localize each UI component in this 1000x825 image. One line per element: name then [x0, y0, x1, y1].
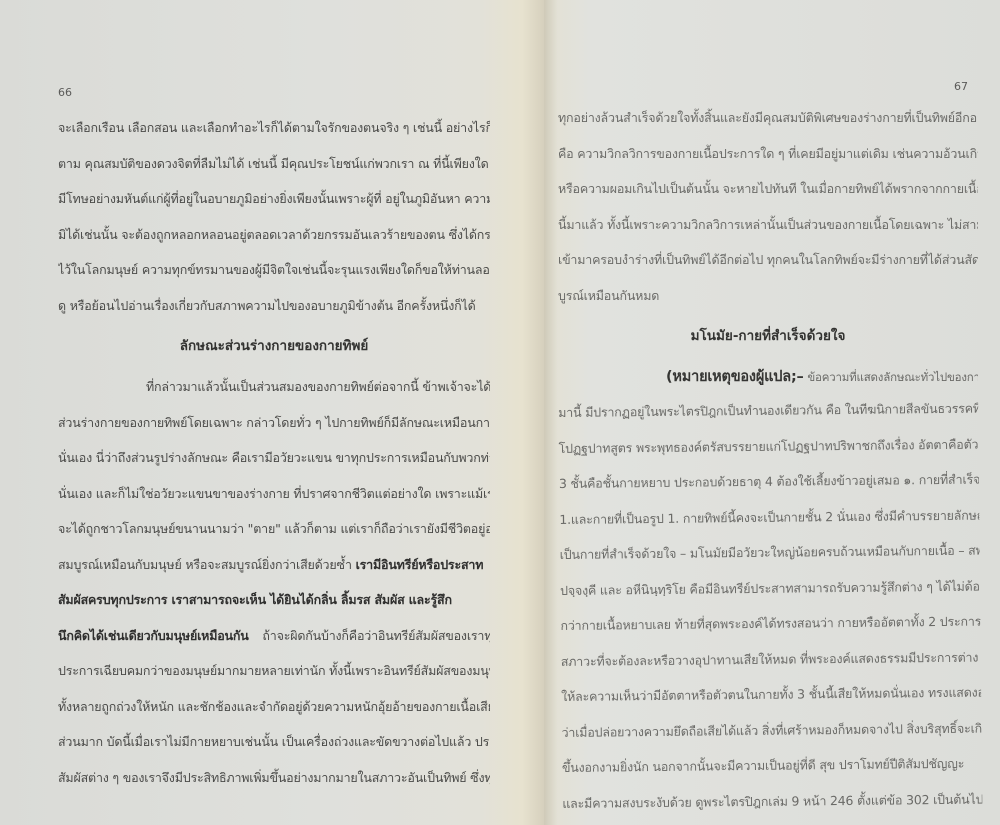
text-line: ส่วนร่างกายของกายทิพย์โดยเฉพาะ กล่าวโดยท… [58, 405, 490, 441]
text-line: หรือความผอมเกินไปเป็นต้นนั้น จะหายไปทันท… [558, 171, 978, 207]
bold-text-fragment: นึกคิดได้เช่นเดียวกับมนุษย์เหมือนกัน [58, 628, 249, 643]
text-line: นึกคิดได้เช่นเดียวกับมนุษย์เหมือนกัน ถ้า… [58, 618, 490, 654]
page-number-left: 66 [58, 86, 72, 99]
text-line: ตาม คุณสมบัติของดวงจิตที่ลืมไม่ได้ เช่นน… [58, 146, 490, 182]
text-line: ว่าเมื่อปล่อยวางความยึดถือเสียได้แล้ว สิ… [561, 710, 981, 750]
text-line: และมีความสงบระงับด้วย ดูพระไตรปิฎกเล่ม 9… [562, 781, 982, 821]
text-fragment: ถ้าจะผิดกันบ้างก็คือว่าอินทรีย์สัมผัสของ… [252, 628, 490, 643]
bold-text-line: สัมผัสครบทุกประการ เราสามารถจะเห็น ได้ยิ… [58, 582, 490, 618]
text-line: สภาวะที่จะต้องละหรือวางอุปาทานเสียให้หมด… [561, 639, 981, 679]
text-line: โปฏฐปาทสูตร พระพุทธองค์ตรัสบรรยายแก่โปฏฐ… [558, 426, 978, 466]
text-line: สมบูรณ์เหมือนกับมนุษย์ หรือจะสมบูรณ์ยิ่ง… [58, 547, 490, 583]
section-heading: มโนมัย-กายที่สำเร็จด้วยใจ [558, 313, 978, 359]
bold-text-fragment: เรามีอินทรีย์หรือประสาท [356, 557, 484, 572]
text-line: ให้ละความเห็นว่ามีอัตตาหรือตัวตนในกายทั้… [561, 674, 981, 714]
left-page-text: จะเลือกเรือน เลือกสอน และเลือกทำอะไรก็ได… [58, 110, 490, 795]
text-line: นั่นเอง และก็ไม่ใช่อวัยวะแขนขาของร่างกาย… [58, 476, 490, 512]
right-page-text: ทุกอย่างล้วนสำเร็จด้วยใจทั้งสิ้นและยังมี… [558, 100, 978, 821]
text-line: คือ ความวิกลวิการของกายเนื้อประการใด ๆ ท… [558, 136, 978, 172]
text-line: นั่นเอง นี่ว่าถึงส่วนรูปร่างลักษณะ คือเร… [58, 440, 490, 476]
text-line: ปจฺจงฺคี และ อหีนินฺทฺริโย คือมีอินทรีย์… [560, 568, 980, 608]
open-book-spread: 66 จะเลือกเรือน เลือกสอน และเลือกทำอะไรก… [0, 0, 1000, 825]
text-fragment: สมบูรณ์เหมือนกับมนุษย์ หรือจะสมบูรณ์ยิ่ง… [58, 557, 352, 572]
text-line: มานี้ มีปรากฏอยู่ในพระไตรปิฎกเป็นทำนองเด… [558, 390, 978, 430]
text-line: บูรณ์เหมือนกันหมด [558, 278, 978, 314]
right-page: 67 ทุกอย่างล้วนสำเร็จด้วยใจทั้งสิ้นและยั… [544, 0, 1000, 825]
text-line: มีโทษอย่างมหันต์แก่ผู้ที่อยู่ในอบายภูมิอ… [58, 181, 490, 217]
text-line: 3 ชั้นคือชั้นกายหยาบ ประกอบด้วยธาตุ 4 ต้… [559, 461, 979, 501]
text-line: 1.และกายที่เป็นอรูป 1. กายทิพย์นี้คงจะเป… [559, 497, 979, 537]
text-line: ขึ้นงอกงามยิ่งนัก นอกจากนั้นจะมีความเป็น… [562, 745, 982, 785]
text-line: ประการเฉียบคมกว่าของมนุษย์มากมายหลายเท่า… [58, 653, 490, 689]
text-line: ส่วนมาก บัดนี้เมื่อเราไม่มีกายหยาบเช่นนั… [58, 724, 490, 760]
text-line: ไว้ในโลกมนุษย์ ความทุกข์ทรมานของผู้มีจิต… [58, 252, 490, 288]
text-line: สัมผัสต่าง ๆ ของเราจึงมีประสิทธิภาพเพิ่ม… [58, 760, 490, 796]
text-line: จะเลือกเรือน เลือกสอน และเลือกทำอะไรก็ได… [58, 110, 490, 146]
text-line: ทั้งหลายถูกถ่วงให้หนัก และชักช้องและจำกั… [58, 689, 490, 725]
note-first-line: (หมายเหตุของผู้แปล;– ข้อความที่แสดงลักษณ… [558, 359, 978, 395]
text-line: จะได้ถูกชาวโลกมนุษย์ขนานนามว่า "ตาย" แล้… [58, 511, 490, 547]
text-line: กว่ากายเนื้อหยาบเลย ท้ายที่สุดพระองค์ได้… [560, 603, 980, 643]
translator-note-label: (หมายเหตุของผู้แปล;– [666, 369, 804, 385]
left-page: 66 จะเลือกเรือน เลือกสอน และเลือกทำอะไรก… [0, 0, 544, 825]
text-line: ทุกอย่างล้วนสำเร็จด้วยใจทั้งสิ้นและยังมี… [558, 100, 978, 136]
text-line: ดู หรือย้อนไปอ่านเรื่องเกี่ยวกับสภาพความ… [58, 288, 490, 324]
translator-note-body: มานี้ มีปรากฏอยู่ในพระไตรปิฎกเป็นทำนองเด… [558, 390, 982, 820]
page-number-right: 67 [954, 80, 968, 93]
text-line: เข้ามาครอบงำร่างที่เป็นทิพย์ได้อีกต่อไป … [558, 242, 978, 278]
text-line: เป็นกายที่สำเร็จด้วยใจ – มโนมัยมีอวัยวะใ… [559, 532, 979, 572]
paragraph-first-line: ที่กล่าวมาแล้วนั้นเป็นส่วนสมองของกายทิพย… [58, 369, 490, 405]
text-fragment: ข้อความที่แสดงลักษณะทั่วไปของกายทิพย์ดัง… [807, 370, 978, 384]
section-heading: ลักษณะส่วนร่างกายของกายทิพย์ [58, 323, 490, 369]
text-line: มิได้เช่นนั้น จะต้องถูกหลอกหลอนอยู่ตลอดเ… [58, 217, 490, 253]
text-line: นี้มาแล้ว ทั้งนี้เพราะความวิกลวิการเหล่า… [558, 207, 978, 243]
